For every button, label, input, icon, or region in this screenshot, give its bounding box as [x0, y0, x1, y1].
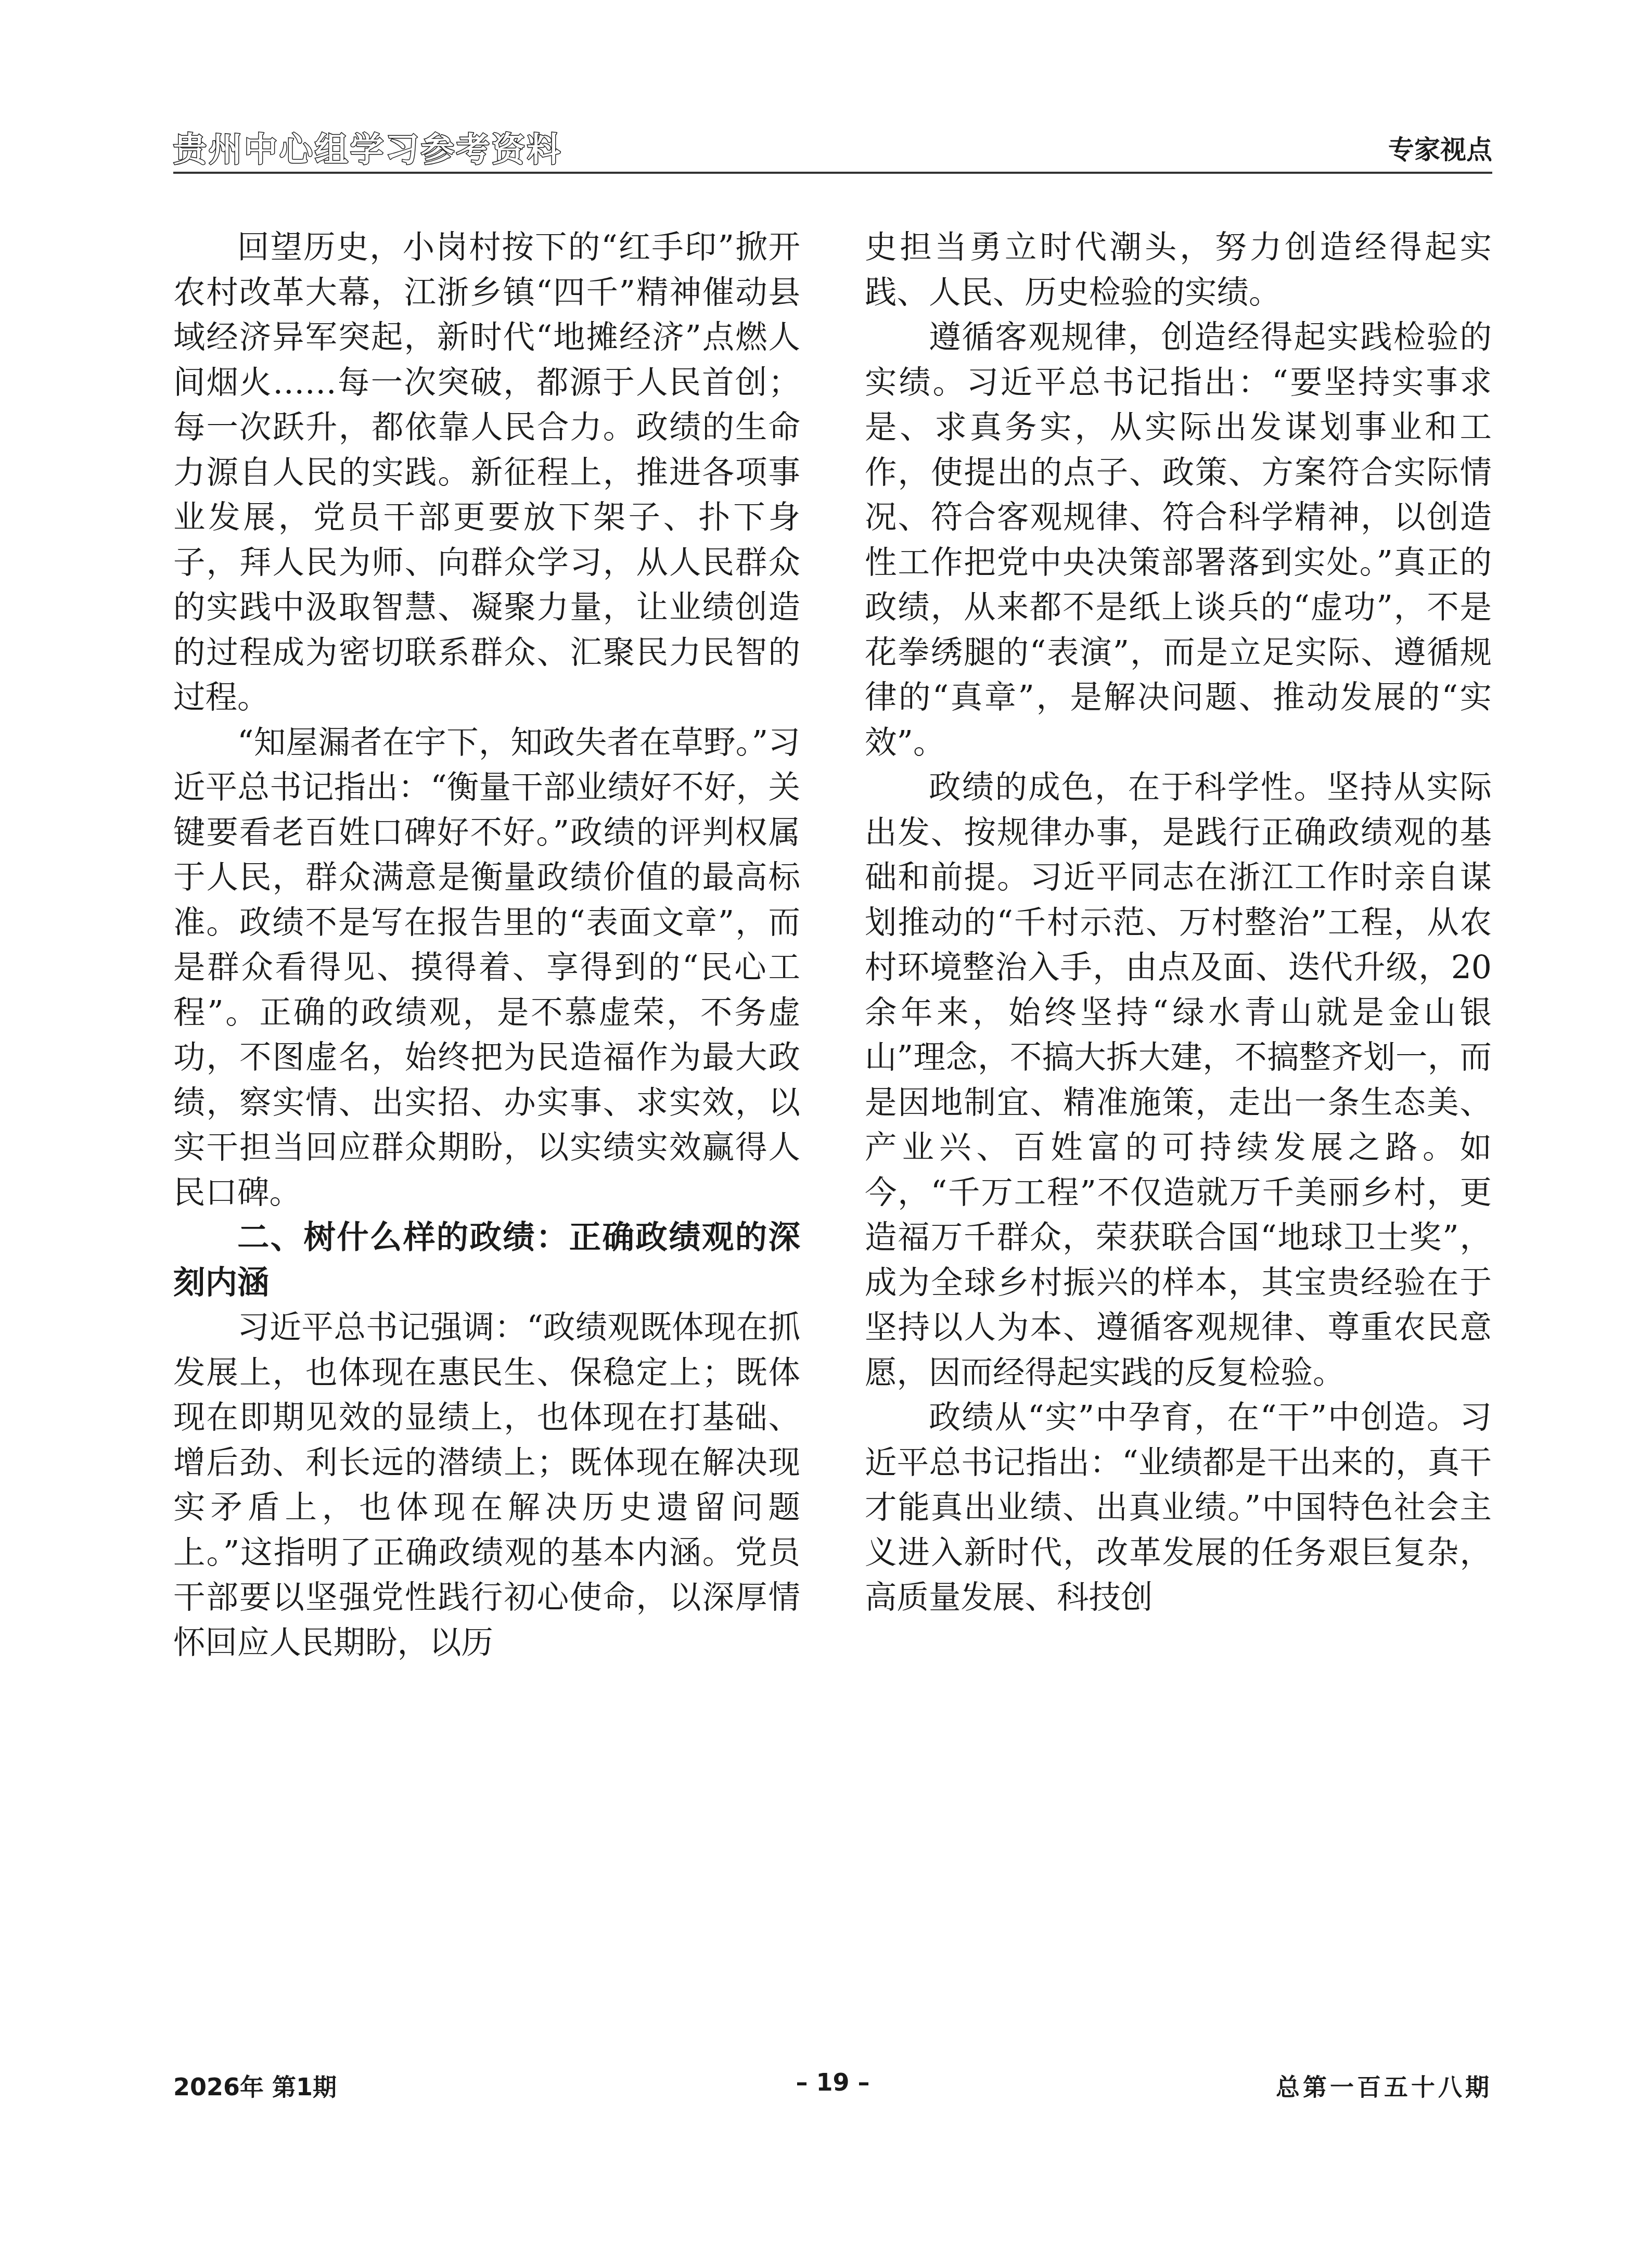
paragraph: 回望历史，小岗村按下的“红手印”掀开农村改革大幕，江浙乡镇“四千”精神催动县域经… — [173, 225, 800, 720]
paragraph: 习近平总书记强调：“政绩观既体现在抓发展上，也体现在惠民生、保稳定上；既体现在即… — [173, 1305, 800, 1665]
paragraph: 遵循客观规律，创造经得起实践检验的实绩。习近平总书记指出：“要坚持实事求是、求真… — [865, 315, 1492, 765]
page-header: 贵州中心组学习参考资料 专家视点 — [173, 120, 1492, 174]
header-divider — [173, 172, 1492, 174]
page-number: – 19 – — [796, 2068, 869, 2096]
left-column: 回望历史，小岗村按下的“红手印”掀开农村改革大幕，江浙乡镇“四千”精神催动县域经… — [173, 225, 800, 1665]
paragraph: 政绩从“实”中孕育，在“干”中创造。习近平总书记指出：“业绩都是干出来的，真干才… — [865, 1395, 1492, 1620]
page-footer: 2026年 第1期 – 19 – 总第一百五十八期 — [173, 2068, 1492, 2105]
section-label: 专家视点 — [1388, 129, 1492, 166]
paragraph-continuation: 史担当勇立时代潮头，努力创造经得起实践、人民、历史检验的实绩。 — [865, 225, 1492, 315]
issue-label: 2026年 第1期 — [173, 2068, 337, 2103]
right-column: 史担当勇立时代潮头，努力创造经得起实践、人民、历史检验的实绩。 遵循客观规律，创… — [865, 225, 1492, 1620]
section-subheading: 二、树什么样的政绩：正确政绩观的深刻内涵 — [173, 1215, 800, 1305]
total-issue-label: 总第一百五十八期 — [1276, 2068, 1492, 2103]
paragraph: 政绩的成色，在于科学性。坚持从实际出发、按规律办事，是践行正确政绩观的基础和前提… — [865, 765, 1492, 1395]
paragraph: “知屋漏者在宇下，知政失者在草野。”习近平总书记指出：“衡量干部业绩好不好，关键… — [173, 720, 800, 1215]
publication-title: 贵州中心组学习参考资料 — [173, 123, 562, 171]
